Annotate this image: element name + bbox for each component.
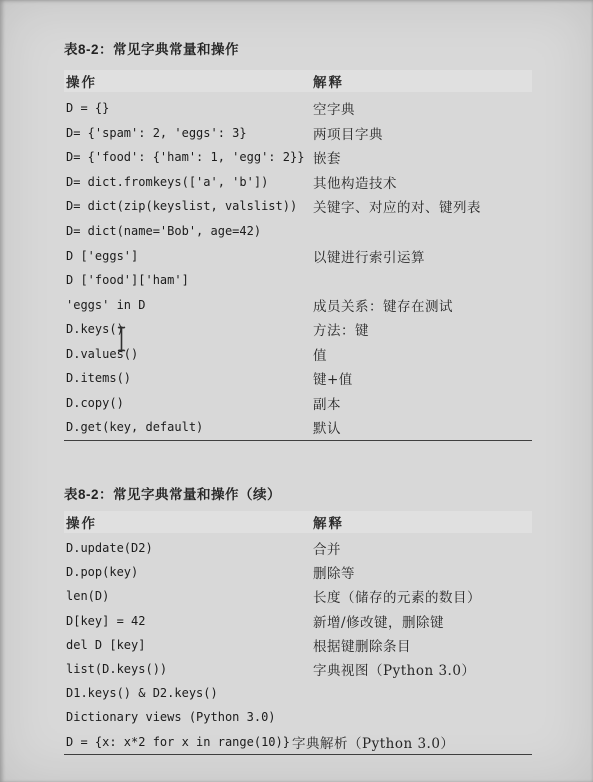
explanation-cell: 两项目字典 — [313, 123, 383, 143]
table2-header-operation: 操作 — [64, 512, 313, 532]
explanation-cell: 删除等 — [313, 562, 355, 582]
operation-cell: D= dict(name='Bob', age=42) — [64, 224, 313, 238]
table1-header-operation: 操作 — [64, 71, 313, 91]
table-row: D= {'spam': 2, 'eggs': 3}两项目字典 — [64, 121, 532, 146]
table-row: D= dict(name='Bob', age=42) — [64, 219, 532, 244]
table2-header-explanation: 解释 — [313, 512, 344, 532]
table-row: D1.keys() & D2.keys() — [64, 681, 532, 705]
operation-cell: D.update(D2) — [64, 541, 313, 555]
operation-cell: D = {x: x*2 for x in range(10)} — [64, 735, 292, 749]
explanation-cell: 副本 — [313, 393, 341, 413]
explanation-cell: 嵌套 — [313, 147, 341, 167]
explanation-cell: 默认 — [313, 417, 341, 437]
table2-title: 表8-2：常见字典常量和操作（续） — [64, 483, 281, 503]
explanation-cell: 字典视图（Python 3.0） — [313, 659, 475, 679]
explanation-cell: 方法：键 — [313, 319, 369, 339]
table2-header-row: 操作 解释 — [64, 511, 532, 533]
operation-cell: D.items() — [64, 371, 313, 385]
table1-body: D = {}空字典 D= {'spam': 2, 'eggs': 3}两项目字典… — [64, 96, 532, 441]
explanation-cell: 长度（储存的元素的数目） — [313, 586, 481, 606]
table-row: D ['food']['ham'] — [64, 268, 532, 293]
operation-cell: 'eggs' in D — [64, 298, 313, 312]
operation-cell: len(D) — [64, 589, 313, 603]
table-row: list(D.keys())字典视图（Python 3.0） — [64, 657, 532, 681]
explanation-cell: 键+值 — [313, 368, 353, 388]
table-row: del D [key]根据键删除条目 — [64, 633, 532, 657]
operation-cell: D= {'food': {'ham': 1, 'egg': 2}} — [64, 150, 313, 164]
table1-title: 表8-2：常见字典常量和操作 — [64, 38, 239, 58]
operation-cell: D= dict(zip(keyslist, valslist)) — [64, 199, 313, 213]
operation-cell: D.copy() — [64, 396, 313, 410]
table-row: len(D)长度（储存的元素的数目） — [64, 584, 532, 608]
operation-cell: D[key] = 42 — [64, 614, 313, 628]
operation-cell: D ['eggs'] — [64, 249, 313, 263]
operation-cell: D1.keys() & D2.keys() — [64, 686, 313, 700]
operation-cell: list(D.keys()) — [64, 662, 313, 676]
operation-cell: D ['food']['ham'] — [64, 273, 313, 287]
operation-cell: D.pop(key) — [64, 565, 313, 579]
table-row: D.keys()方法：键 — [64, 317, 532, 342]
operation-cell: D.get(key, default) — [64, 420, 313, 434]
table1-header-row: 操作 解释 — [64, 70, 532, 92]
explanation-cell: 成员关系：键存在测试 — [313, 295, 453, 315]
operation-cell: D= {'spam': 2, 'eggs': 3} — [64, 126, 313, 140]
explanation-cell: 空字典 — [313, 98, 355, 118]
explanation-cell: 其他构造技术 — [313, 172, 397, 192]
table2-body: D.update(D2)合并 D.pop(key)删除等 len(D)长度（储存… — [64, 536, 532, 755]
operation-cell: D= dict.fromkeys(['a', 'b']) — [64, 175, 313, 189]
table-row: D= dict(zip(keyslist, valslist))关键字、对应的对… — [64, 194, 532, 219]
explanation-cell: 值 — [313, 344, 327, 364]
operation-cell: del D [key] — [64, 638, 313, 652]
table-row: D= {'food': {'ham': 1, 'egg': 2}}嵌套 — [64, 145, 532, 170]
explanation-cell: 以键进行索引运算 — [313, 246, 425, 266]
explanation-cell: 根据键删除条目 — [313, 635, 411, 655]
table-row: Dictionary views (Python 3.0) — [64, 705, 532, 729]
table-row: D.items()键+值 — [64, 366, 532, 391]
operation-cell: D.keys() — [64, 322, 313, 336]
book-page-scan: 表8-2：常见字典常量和操作 操作 解释 D = {}空字典 D= {'spam… — [0, 0, 593, 782]
explanation-cell: 关键字、对应的对、键列表 — [313, 196, 481, 216]
table-row: D= dict.fromkeys(['a', 'b'])其他构造技术 — [64, 170, 532, 195]
table-row: D.update(D2)合并 — [64, 536, 532, 560]
table-row: D.values()值 — [64, 341, 532, 366]
table-row: D = {}空字典 — [64, 96, 532, 121]
table-row: D = {x: x*2 for x in range(10)}字典解析（Pyth… — [64, 730, 532, 754]
operation-cell: Dictionary views (Python 3.0) — [64, 710, 313, 724]
table-row: D.pop(key)删除等 — [64, 560, 532, 584]
table-row: D.get(key, default)默认 — [64, 415, 532, 440]
table-row: D ['eggs']以键进行索引运算 — [64, 243, 532, 268]
explanation-cell: 新增/修改键，删除键 — [313, 611, 444, 631]
operation-cell: D.values() — [64, 347, 313, 361]
table-row: 'eggs' in D成员关系：键存在测试 — [64, 292, 532, 317]
table1-header-explanation: 解释 — [313, 71, 344, 91]
table-row: D.copy()副本 — [64, 391, 532, 416]
explanation-cell: 合并 — [313, 538, 341, 558]
table-row: D[key] = 42新增/修改键，删除键 — [64, 609, 532, 633]
explanation-cell: 字典解析（Python 3.0） — [292, 732, 454, 752]
operation-cell: D = {} — [64, 101, 313, 115]
